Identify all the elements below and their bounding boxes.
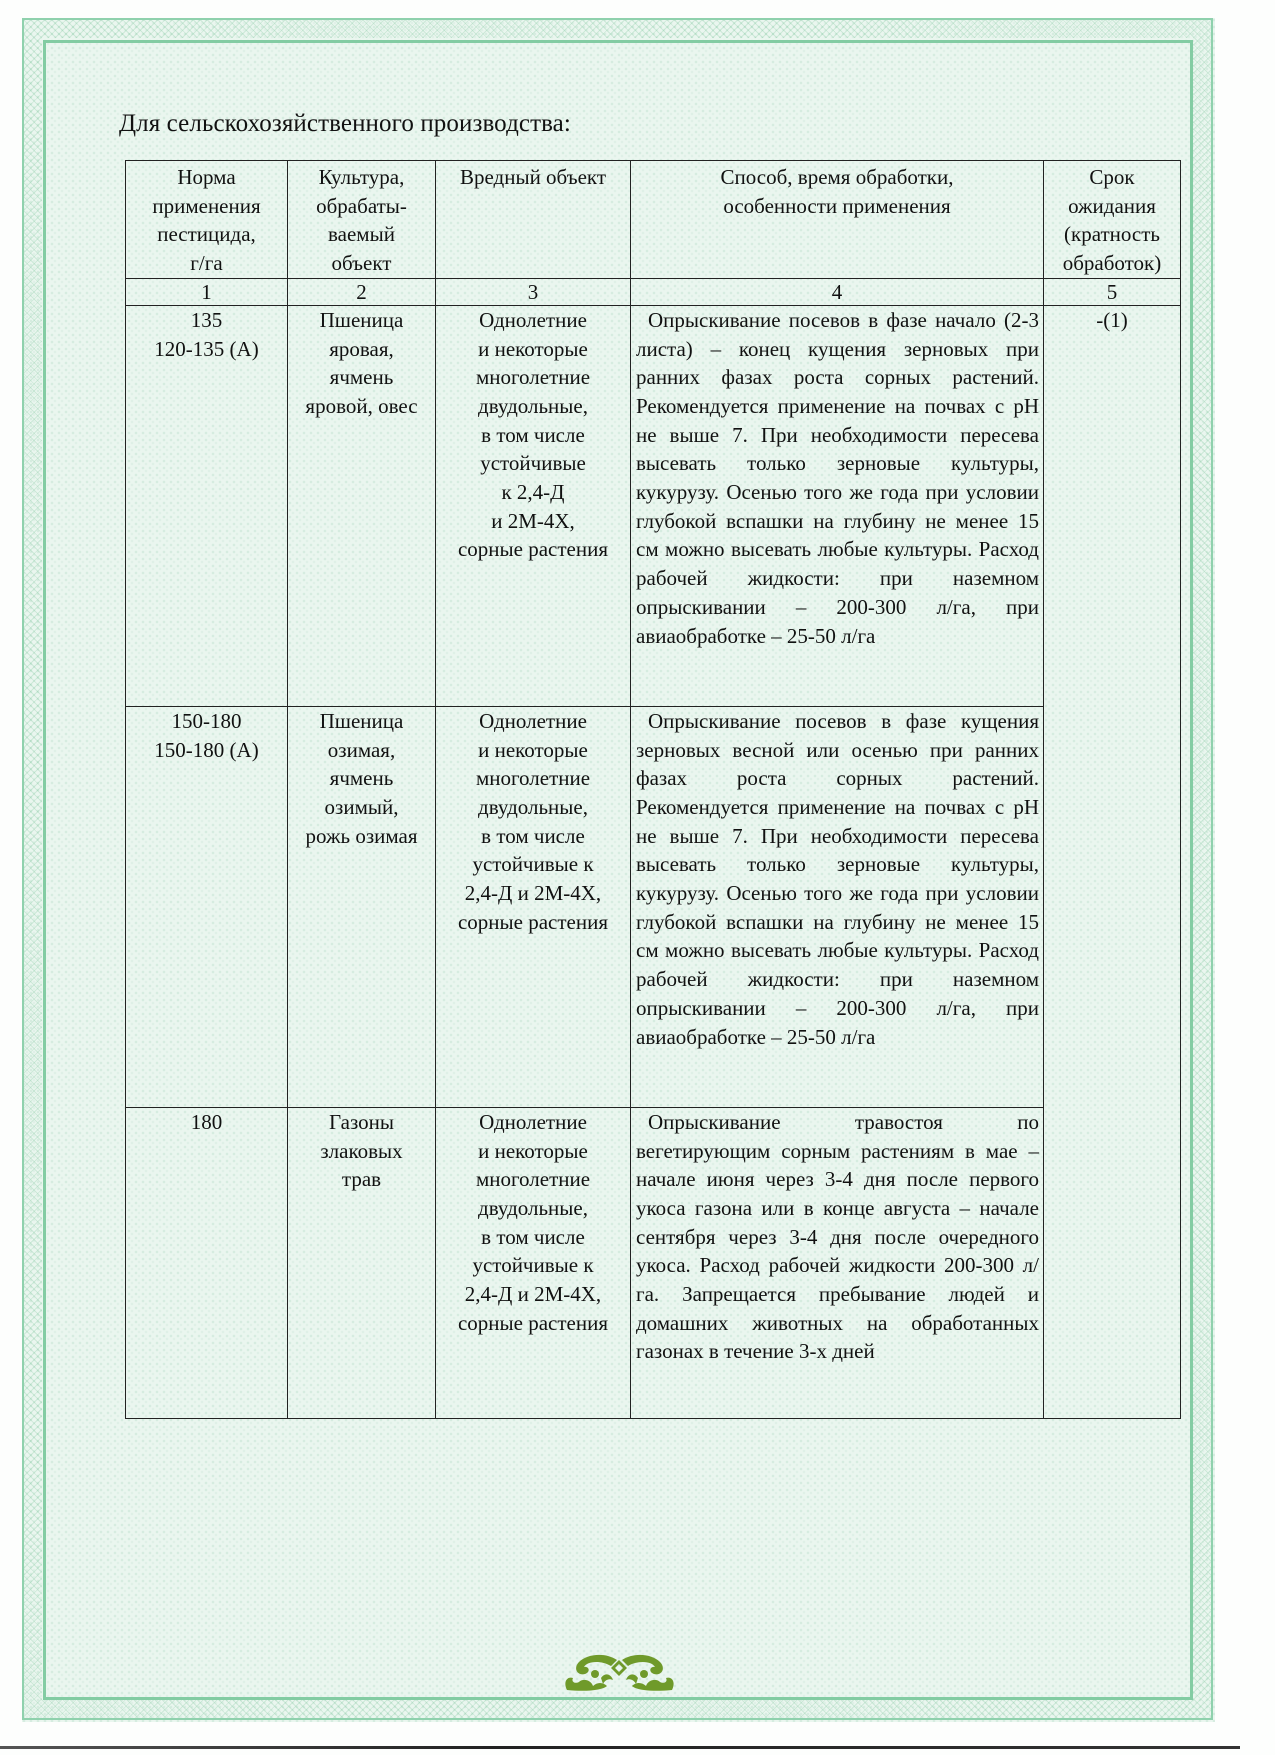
table-header-row: Нормапримененияпестицида,г/га Культура,о… xyxy=(126,161,1181,279)
cell-line: и 2М-4Х, xyxy=(439,507,627,536)
cell-line: 2,4-Д и 2М-4Х, xyxy=(439,879,627,908)
cell-line: ожидания xyxy=(1047,192,1177,221)
cell-line: устойчивые к xyxy=(439,850,627,879)
header-waiting-period: Срокожидания(кратностьобработок) xyxy=(1044,161,1181,279)
cell-line: и некоторые xyxy=(439,1137,627,1166)
cell-line: Пшеница xyxy=(291,707,432,736)
cell-line: злаковых xyxy=(291,1137,432,1166)
cell-line: и некоторые xyxy=(439,335,627,364)
waiting-cell: -(1) xyxy=(1044,305,1181,1418)
cell-line: многолетние xyxy=(439,764,627,793)
cell-line: Однолетние xyxy=(439,1108,627,1137)
cell-line: 180 xyxy=(129,1108,284,1137)
cell-line: к 2,4-Д xyxy=(439,478,627,507)
cell-line: (кратность xyxy=(1047,220,1177,249)
section-heading: Для сельскохозяйственного производства: xyxy=(119,110,571,138)
cell-line: Газоны xyxy=(291,1108,432,1137)
cell-line: особенности применения xyxy=(634,192,1040,221)
cell-line: ячмень xyxy=(291,363,432,392)
pesticide-regulation-table: Нормапримененияпестицида,г/га Культура,о… xyxy=(125,160,1181,1419)
rate-cell: 180 xyxy=(126,1107,288,1418)
cell-line: г/га xyxy=(129,249,284,278)
cell-line: Срок xyxy=(1047,163,1177,192)
cell-line: Однолетние xyxy=(439,306,627,335)
rate-cell: 135120-135 (А) xyxy=(126,305,288,706)
cell-line: пестицида, xyxy=(129,220,284,249)
cell-line: сорные растения xyxy=(439,1309,627,1338)
cell-line: двудольные, xyxy=(439,793,627,822)
table-row: 135120-135 (А) Пшеницаяровая,ячменьярово… xyxy=(126,305,1181,706)
cell-line: озимый, xyxy=(291,793,432,822)
cell-line: сорные растения xyxy=(439,908,627,937)
cell-line: обрабаты- xyxy=(291,192,432,221)
method-cell: Опрыскивание посевов в фазе кущения зерн… xyxy=(631,706,1044,1107)
column-number: 5 xyxy=(1044,278,1181,305)
method-cell: Опрыскивание травостоя по вегетирующим с… xyxy=(631,1107,1044,1418)
column-number: 3 xyxy=(436,278,631,305)
pest-cell: Однолетниеи некоторыемноголетниедвудольн… xyxy=(436,706,631,1107)
column-number-row: 1 2 3 4 5 xyxy=(126,278,1181,305)
crop-cell: Пшеницаяровая,ячменьяровой, овес xyxy=(288,305,436,706)
table-row: 150-180150-180 (А) Пшеницаозимая,ячменьо… xyxy=(126,706,1181,1107)
cell-line: рожь озимая xyxy=(291,822,432,851)
cell-line: в том числе xyxy=(439,1223,627,1252)
cell-line: устойчивые xyxy=(439,449,627,478)
crop-cell: Пшеницаозимая,ячменьозимый,рожь озимая xyxy=(288,706,436,1107)
header-crop: Культура,обрабаты-ваемыйобъект xyxy=(288,161,436,279)
crop-cell: Газонызлаковыхтрав xyxy=(288,1107,436,1418)
method-cell: Опрыскивание посевов в фазе начало (2-3 … xyxy=(631,305,1044,706)
cell-line: двудольные, xyxy=(439,1194,627,1223)
cell-line: Пшеница xyxy=(291,306,432,335)
scan-edge-line xyxy=(0,1746,1240,1749)
cell-line: 135 xyxy=(129,306,284,335)
floral-ornament-icon xyxy=(557,1652,682,1694)
cell-line: в том числе xyxy=(439,421,627,450)
cell-line: и некоторые xyxy=(439,736,627,765)
cell-line: ваемый xyxy=(291,220,432,249)
cell-line: двудольные, xyxy=(439,392,627,421)
column-number: 1 xyxy=(126,278,288,305)
column-number: 4 xyxy=(631,278,1044,305)
cell-line: Норма xyxy=(129,163,284,192)
cell-line: применения xyxy=(129,192,284,221)
cell-line: в том числе xyxy=(439,822,627,851)
cell-line: ячмень xyxy=(291,764,432,793)
cell-line: устойчивые к xyxy=(439,1251,627,1280)
cell-line: объект xyxy=(291,249,432,278)
cell-line: 150-180 (А) xyxy=(129,736,284,765)
cell-line: трав xyxy=(291,1165,432,1194)
cell-line: яровой, овес xyxy=(291,392,432,421)
cell-line: Однолетние xyxy=(439,707,627,736)
cell-line: 120-135 (А) xyxy=(129,335,284,364)
header-pest: Вредный объект xyxy=(436,161,631,279)
cell-line: многолетние xyxy=(439,363,627,392)
cell-line: Вредный объект xyxy=(439,163,627,192)
header-rate: Нормапримененияпестицида,г/га xyxy=(126,161,288,279)
pest-cell: Однолетниеи некоторыемноголетниедвудольн… xyxy=(436,1107,631,1418)
header-method: Способ, время обработки,особенности прим… xyxy=(631,161,1044,279)
cell-line: озимая, xyxy=(291,736,432,765)
pest-cell: Однолетниеи некоторыемноголетниедвудольн… xyxy=(436,305,631,706)
cell-line: многолетние xyxy=(439,1165,627,1194)
cell-line: сорные растения xyxy=(439,535,627,564)
rate-cell: 150-180150-180 (А) xyxy=(126,706,288,1107)
cell-line: Способ, время обработки, xyxy=(634,163,1040,192)
table-row: 180 Газонызлаковыхтрав Однолетниеи некот… xyxy=(126,1107,1181,1418)
cell-line: обработок) xyxy=(1047,249,1177,278)
cell-line: Культура, xyxy=(291,163,432,192)
cell-line: 150-180 xyxy=(129,707,284,736)
cell-line: яровая, xyxy=(291,335,432,364)
cell-line: 2,4-Д и 2М-4Х, xyxy=(439,1280,627,1309)
column-number: 2 xyxy=(288,278,436,305)
